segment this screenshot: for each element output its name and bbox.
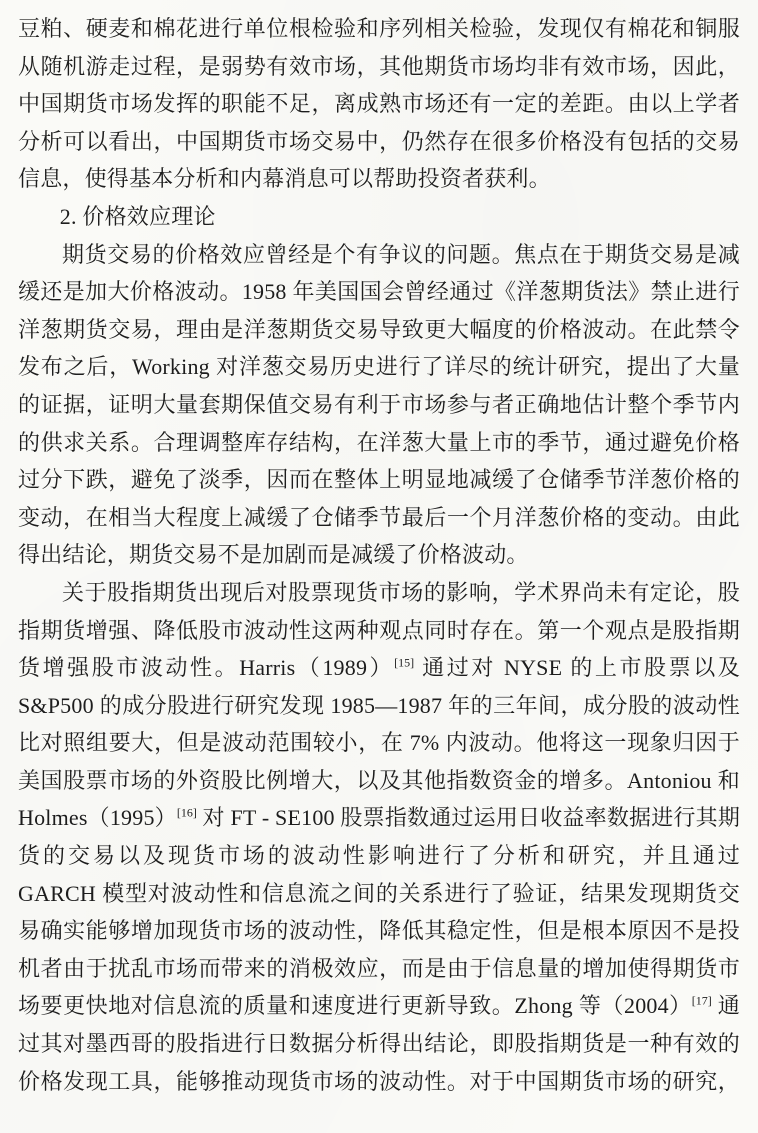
text-line: 美国股票市场的外资股比例增大，以及其他指数资金的增多。Antoniou 和 [18, 762, 740, 800]
text-line: 货的交易以及现货市场的波动性影响进行了分析和研究，并且通过 [18, 837, 740, 875]
text-line: 信息，使得基本分析和内幕消息可以帮助投资者获利。 [18, 160, 740, 198]
citation-superscript: [15] [394, 656, 414, 670]
text-line: Holmes（1995）[16] 对 FT - SE100 股票指数通过运用日收… [18, 799, 740, 837]
paragraph-price-effect-onion: 期货交易的价格效应曾经是个有争议的问题。焦点在于期货交易是减 缓还是加大价格波动… [18, 236, 740, 574]
citation-superscript: [16] [177, 806, 197, 820]
text-line: 变动，在相当大程度上减缓了仓储季节最后一个月洋葱价格的变动。由此 [18, 499, 740, 537]
text-line: 易确实能够增加现货市场的波动性，降低其稳定性，但是根本原因不是投 [18, 912, 740, 950]
text-line: 过分下跌，避免了淡季，因而在整体上明显地减缓了仓储季节洋葱价格的 [18, 461, 740, 499]
text-line: 洋葱期货交易，理由是洋葱期货交易导致更大幅度的价格波动。在此禁令 [18, 311, 740, 349]
text-line: GARCH 模型对波动性和信息流之间的关系进行了验证，结果发现期货交 [18, 875, 740, 913]
paragraph-market-efficiency: 豆粕、硬麦和棉花进行单位根检验和序列相关检验，发现仅有棉花和铜服 从随机游走过程… [18, 10, 740, 198]
text-line: 缓还是加大价格波动。1958 年美国国会曾经通过《洋葱期货法》禁止进行 [18, 273, 740, 311]
text-line: 过其对墨西哥的股指进行日数据分析得出结论，即股指期货是一种有效的 [18, 1025, 740, 1063]
text-line: 发布之后，Working 对洋葱交易历史进行了详尽的统计研究，提出了大量 [18, 348, 740, 386]
text-line: 豆粕、硬麦和棉花进行单位根检验和序列相关检验，发现仅有棉花和铜服 [18, 10, 740, 48]
text-line: 机者由于扰乱市场而带来的消极效应，而是由于信息量的增加使得期货市 [18, 950, 740, 988]
text-line: 指期货增强、降低股市波动性这两种观点同时存在。第一个观点是股指期 [18, 612, 740, 650]
text-line: 分析可以看出，中国期货市场交易中，仍然存在很多价格没有包括的交易 [18, 123, 740, 161]
section-heading: 2. 价格效应理论 [18, 198, 740, 236]
citation-superscript: [17] [692, 994, 712, 1008]
text-line: 从随机游走过程，是弱势有效市场，其他期货市场均非有效市场，因此， [18, 48, 740, 86]
text-line: 中国期货市场发挥的职能不足，离成熟市场还有一定的差距。由以上学者 [18, 85, 740, 123]
text-line: 货增强股市波动性。Harris（1989）[15] 通过对 NYSE 的上市股票… [18, 649, 740, 687]
text-line: 比对照组要大，但是波动范围较小，在 7% 内波动。他将这一现象归因于 [18, 724, 740, 762]
scanned-book-page: 豆粕、硬麦和棉花进行单位根检验和序列相关检验，发现仅有棉花和铜服 从随机游走过程… [0, 0, 758, 1133]
paragraph-stock-index-futures: 关于股指期货出现后对股票现货市场的影响，学术界尚未有定论，股 指期货增强、降低股… [18, 574, 740, 1100]
text-line: 得出结论，期货交易不是加剧而是减缓了价格波动。 [18, 536, 740, 574]
text-line: 价格发现工具，能够推动现货市场的波动性。对于中国期货市场的研究， [18, 1063, 740, 1101]
text-line: 场要更快地对信息流的质量和速度进行更新导致。Zhong 等（2004）[17] … [18, 987, 740, 1025]
text-line: 关于股指期货出现后对股票现货市场的影响，学术界尚未有定论，股 [18, 574, 740, 612]
text-line: 的证据，证明大量套期保值交易有利于市场参与者正确地估计整个季节内 [18, 386, 740, 424]
text-line: 的供求关系。合理调整库存结构，在洋葱大量上市的季节，通过避免价格 [18, 424, 740, 462]
text-line: 期货交易的价格效应曾经是个有争议的问题。焦点在于期货交易是减 [18, 236, 740, 274]
text-line: S&P500 的成分股进行研究发现 1985—1987 年的三年间，成分股的波动… [18, 687, 740, 725]
